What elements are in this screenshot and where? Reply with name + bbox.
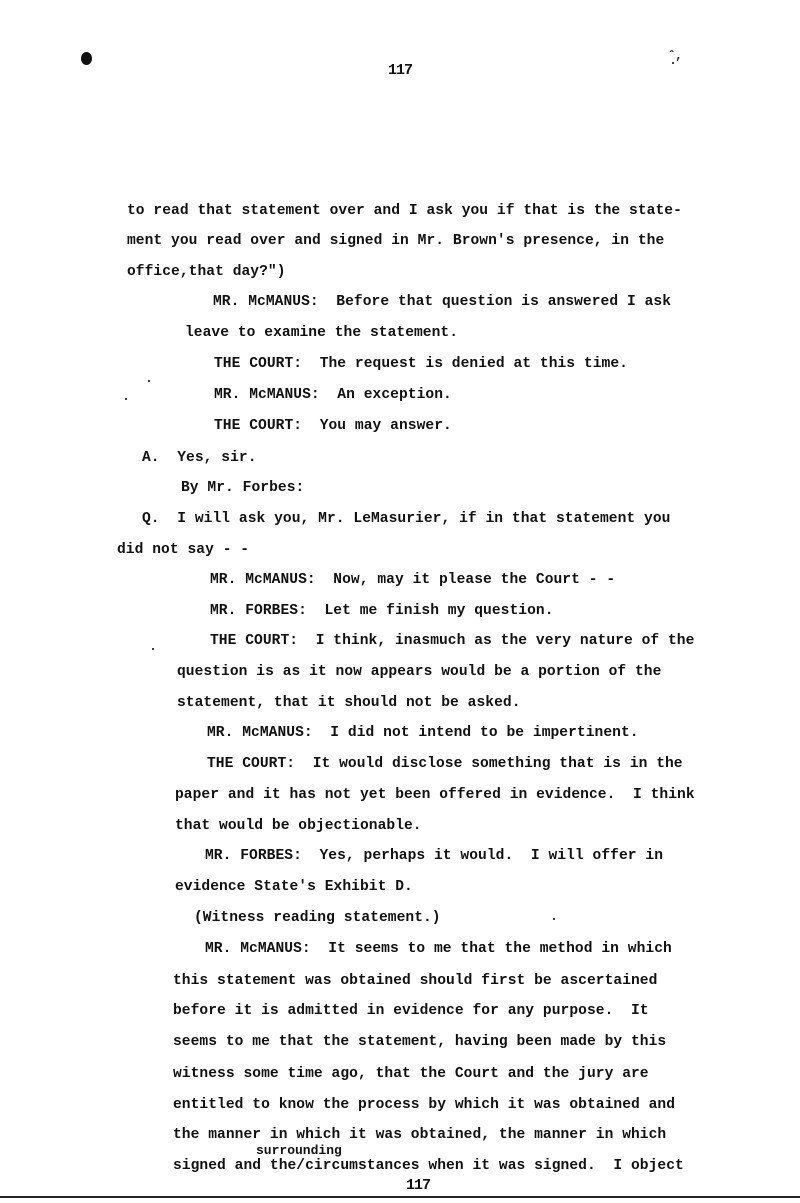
page-bottom-rule (0, 1196, 800, 1198)
scan-speck (152, 648, 154, 650)
speaker-line: MR. FORBES: Yes, perhaps it would. I wil… (205, 847, 663, 865)
speaker-line: MR. McMANUS: It seems to me that the met… (205, 940, 672, 958)
handwritten-insertion: surrounding (256, 1144, 342, 1158)
text-line: witness some time ago, that the Court an… (173, 1065, 649, 1083)
examiner-line: By Mr. Forbes: (181, 479, 304, 497)
text-line: evidence State's Exhibit D. (175, 878, 413, 896)
text-line: to read that statement over and I ask yo… (127, 202, 682, 220)
speaker-line: MR. McMANUS: An exception. (214, 386, 452, 404)
corner-mark: ˆ, (668, 50, 682, 62)
page-number-bottom: 117 (18, 1177, 800, 1194)
speaker-line: MR. FORBES: Let me finish my question. (210, 602, 554, 620)
text-line: office,that day?") (127, 263, 286, 281)
text-line: ment you read over and signed in Mr. Bro… (127, 232, 664, 250)
text-line: paper and it has not yet been offered in… (175, 786, 695, 804)
question-line: Q. I will ask you, Mr. LeMasurier, if in… (142, 510, 670, 528)
text-line: the manner in which it was obtained, the… (173, 1126, 666, 1144)
text-line: statement, that it should not be asked. (177, 694, 521, 712)
parenthetical-line: (Witness reading statement.) (194, 909, 441, 927)
text-line: question is as it now appears would be a… (177, 663, 661, 681)
text-line: this statement was obtained should first… (173, 972, 657, 990)
scan-speck (148, 380, 150, 382)
text-line: leave to examine the statement. (185, 324, 458, 342)
speaker-line: MR. McMANUS: Now, may it please the Cour… (210, 571, 615, 589)
scan-speck (125, 398, 127, 400)
text-line: that would be objectionable. (175, 817, 422, 835)
answer-line: A. Yes, sir. (142, 449, 257, 467)
page-number-top: 117 (0, 62, 800, 79)
speaker-line: THE COURT: I think, inasmuch as the very… (210, 632, 694, 650)
text-line: seems to me that the statement, having b… (173, 1033, 666, 1051)
text-line: entitled to know the process by which it… (173, 1096, 675, 1114)
transcript-page: ˆ, 117 to read that statement over and I… (0, 0, 800, 1203)
text-line: signed and the/circumstances when it was… (173, 1157, 684, 1175)
speaker-line: THE COURT: It would disclose something t… (207, 755, 683, 773)
scan-speck (553, 918, 555, 920)
text-line: did not say - - (117, 541, 249, 559)
speaker-line: THE COURT: You may answer. (214, 417, 452, 435)
scan-speck (672, 62, 674, 64)
speaker-line: MR. McMANUS: I did not intend to be impe… (207, 724, 639, 742)
speaker-line: MR. McMANUS: Before that question is ans… (213, 293, 671, 311)
speaker-line: THE COURT: The request is denied at this… (214, 355, 628, 373)
text-line: before it is admitted in evidence for an… (173, 1002, 649, 1020)
